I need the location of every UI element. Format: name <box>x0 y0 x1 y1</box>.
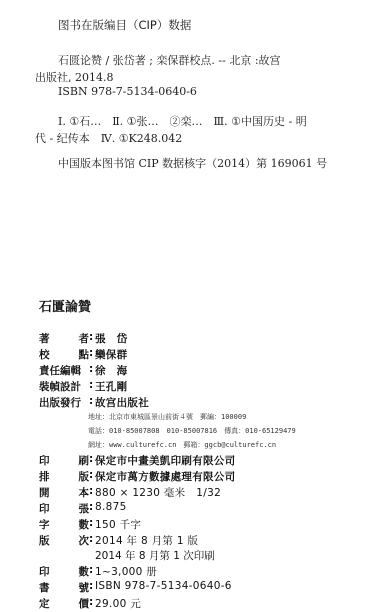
credit-editor: 責任編輯 : 徐 海 <box>39 363 127 378</box>
spec-print-run: 印數 : 1~3,000 册 <box>39 564 157 579</box>
label-char: 字 <box>39 517 50 532</box>
spec-value: 150 千字 <box>95 517 141 532</box>
spec-label: 字數 <box>39 517 89 532</box>
label-char: 排 <box>39 469 50 484</box>
spec-value: 29.00 元 <box>95 596 141 611</box>
credit-publisher: 出版發行 : 故宫出版社 <box>39 395 149 410</box>
cip-bibliographic-line: 石匮论赞 / 张岱著 ; 栾保群校点. -- 北京 :故宫 <box>58 52 281 68</box>
publisher-address: 地址：北京市東城區景山前街４號 郵編：100009 <box>88 412 246 422</box>
label-char: 刷 <box>79 453 90 468</box>
credit-designer: 裝幀設計 : 王孔剛 <box>39 379 127 394</box>
credit-value: 張 岱 <box>95 331 127 346</box>
spec-value: 保定市中畫美凱印刷有限公司 <box>95 453 235 468</box>
label-char: 校 <box>39 347 50 362</box>
spec-value: 保定市萬方數據處理有限公司 <box>95 469 235 484</box>
spec-word-count: 字數 : 150 千字 <box>39 517 141 532</box>
label-char: 數 <box>79 564 90 579</box>
cip-publisher-date: 出版社, 2014.8 <box>35 69 113 85</box>
spec-value: 880 × 1230 毫米 1/32 <box>95 485 221 500</box>
cip-isbn: ISBN 978-7-5134-0640-6 <box>58 85 197 98</box>
spec-label: 開本 <box>39 485 89 500</box>
spec-label: 版次 <box>39 533 89 548</box>
credit-proofreader: 校點 : 欒保群 <box>39 347 127 362</box>
spec-format: 開本 : 880 × 1230 毫米 1/32 <box>39 485 221 500</box>
credit-value: 徐 海 <box>95 363 127 378</box>
spec-value: ISBN 978-7-5134-0640-6 <box>95 580 232 595</box>
label-char: 號 <box>79 580 90 595</box>
spec-value: 8.875 <box>95 501 127 516</box>
label-char: 次 <box>79 533 90 548</box>
spec-label: 書號 <box>39 580 89 595</box>
credit-label: 校點 <box>39 347 89 362</box>
label-char: 定 <box>39 596 50 611</box>
label-char: 張 <box>79 501 90 516</box>
spec-printing-date: 2014 年 8 月第 1 次印刷 <box>95 548 215 563</box>
credit-author: 著者 : 張 岱 <box>39 331 127 346</box>
label-char: 點 <box>79 347 90 362</box>
credit-label: 著者 <box>39 331 89 346</box>
spec-label: 排版 <box>39 469 89 484</box>
credit-label: 裝幀設計 <box>39 379 89 394</box>
spec-label: 印刷 <box>39 453 89 468</box>
spec-label: 印數 <box>39 564 89 579</box>
label-char: 書 <box>39 580 50 595</box>
spec-label: 印張 <box>39 501 89 516</box>
spec-typesetter: 排版 : 保定市萬方數據處理有限公司 <box>39 469 235 484</box>
label-char: 本 <box>79 485 90 500</box>
cip-subject-line: Ⅰ. ①石… Ⅱ. ①张… ②栾… Ⅲ. ①中国历史 - 明 <box>58 113 307 129</box>
publisher-phone: 電話：010-85007808 010-85007816 傳真：010-6512… <box>88 426 296 436</box>
cip-subject-continuation: 代 - 纪传本 Ⅳ. ①K248.042 <box>35 130 182 146</box>
spec-printer: 印刷 : 保定市中畫美凱印刷有限公司 <box>39 453 235 468</box>
book-title: 石匱論贊 <box>39 296 91 315</box>
label-char: 數 <box>79 517 90 532</box>
label-char: 者 <box>79 331 90 346</box>
credit-value: 王孔剛 <box>95 379 127 394</box>
label-char: 版 <box>79 469 90 484</box>
label-char: 印 <box>39 564 50 579</box>
spec-sheets: 印張 : 8.875 <box>39 501 127 516</box>
spec-value: 2014 年 8 月第 1 版 <box>95 533 198 548</box>
credit-label: 責任編輯 <box>39 363 89 378</box>
spec-edition: 版次 : 2014 年 8 月第 1 版 <box>39 533 198 548</box>
cip-heading: 图书在版编目（CIP）数据 <box>58 17 191 33</box>
cip-approval-number: 中国版本图书馆 CIP 数据核字（2014）第 169061 号 <box>58 155 327 171</box>
spec-price: 定價 : 29.00 元 <box>39 596 141 611</box>
spec-label: 定價 <box>39 596 89 611</box>
credit-label: 出版發行 <box>39 395 89 410</box>
label-char: 著 <box>39 331 50 346</box>
publisher-web: 網址：www.culturefc.cn 郵箱：ggcb@culturefc.cn <box>88 440 276 450</box>
label-char: 價 <box>79 596 90 611</box>
label-char: 版 <box>39 533 50 548</box>
label-char: 印 <box>39 453 50 468</box>
label-char: 開 <box>39 485 50 500</box>
label-char: 印 <box>39 501 50 516</box>
credit-value: 故宫出版社 <box>95 395 149 410</box>
credit-value: 欒保群 <box>95 347 127 362</box>
spec-value: 1~3,000 册 <box>95 564 157 579</box>
spec-isbn: 書號 : ISBN 978-7-5134-0640-6 <box>39 580 232 595</box>
